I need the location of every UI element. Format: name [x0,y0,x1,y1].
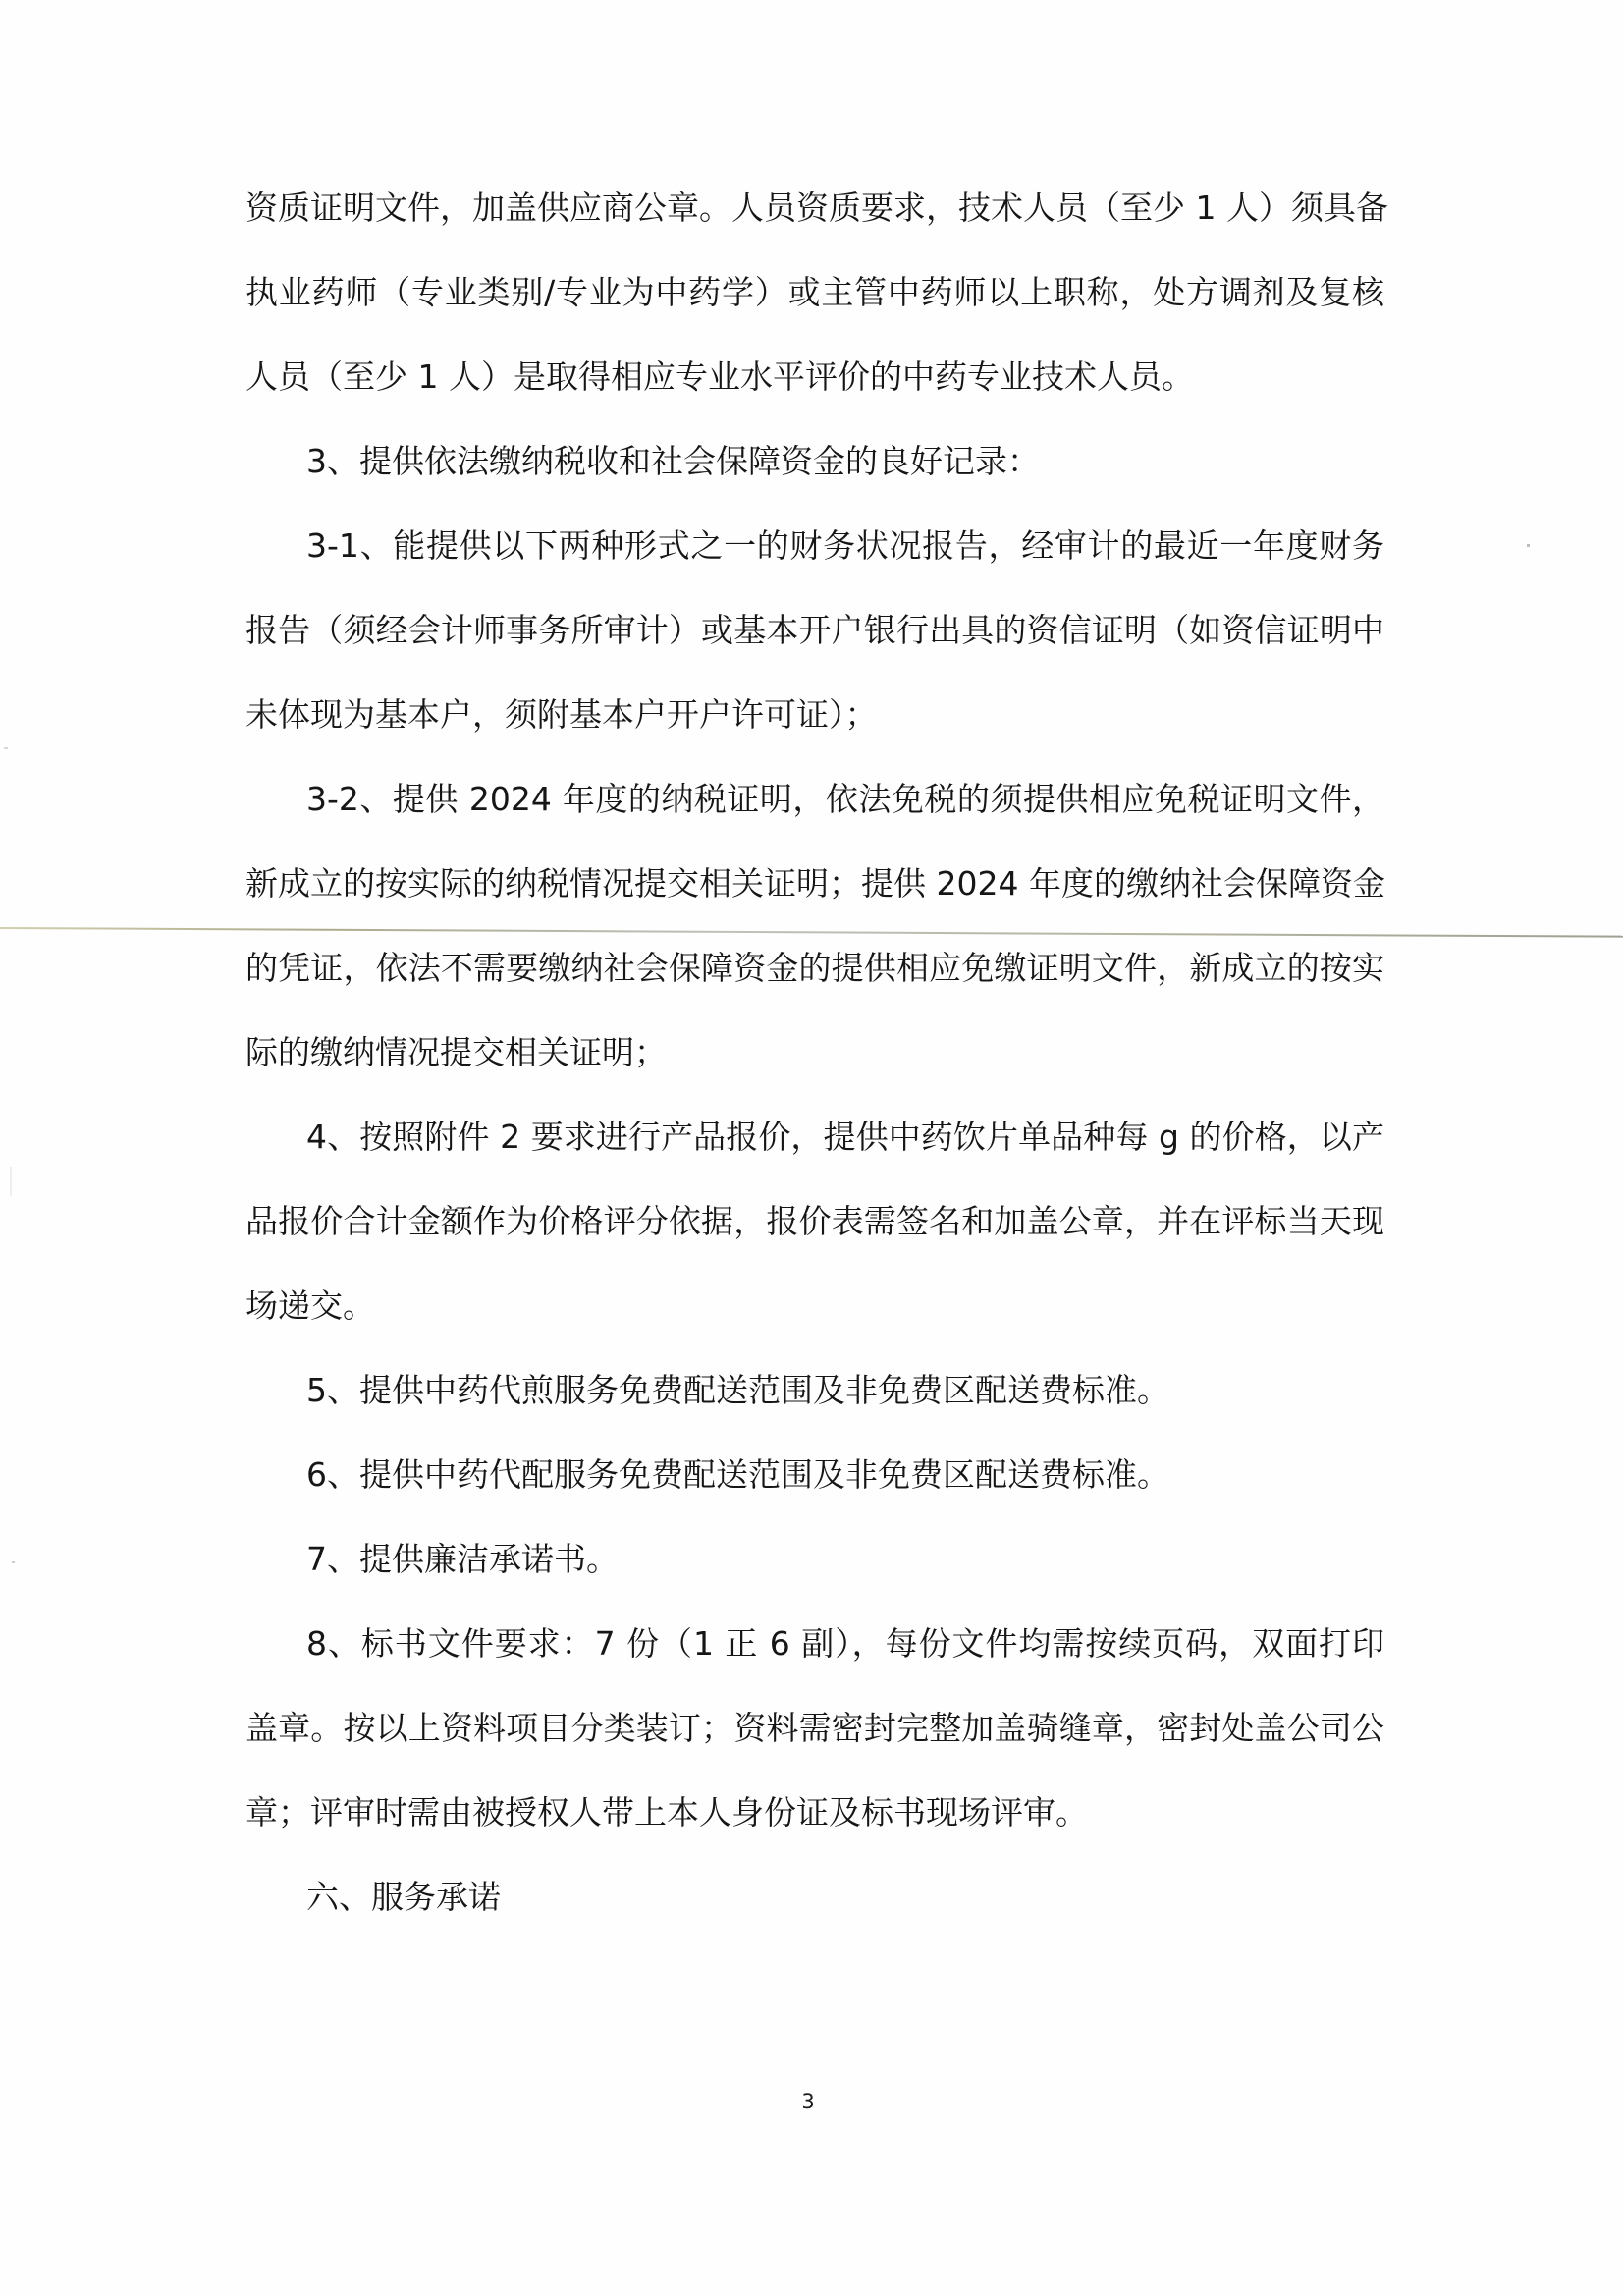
text-line: 执业药师（专业类别/专业为中药学）或主管中药师以上职称，处方调剂及复核 [245,271,1384,314]
scan-speck [1527,544,1530,547]
text-line: 章；评审时需由被授权人带上本人身份证及标书现场评审。 [245,1791,1384,1834]
text-line: 7、提供廉洁承诺书。 [306,1538,1384,1581]
text-line: 品报价合计金额作为价格评分依据，报价表需签名和加盖公章，并在评标当天现 [245,1200,1384,1243]
text-line: 3-2、提供 2024 年度的纳税证明，依法免税的须提供相应免税证明文件， [306,778,1384,821]
text-line: 8、标书文件要求：7 份（1 正 6 副），每份文件均需按续页码，双面打印 [306,1622,1384,1666]
text-line: 未体现为基本户，须附基本户开户许可证）； [245,693,1384,737]
text-line: 际的缴纳情况提交相关证明； [245,1031,1384,1074]
document-page: 资质证明文件，加盖供应商公章。人员资质要求，技术人员（至少 1 人）须具备 执业… [0,0,1623,2296]
text-line: 的凭证，依法不需要缴纳社会保障资金的提供相应免缴证明文件，新成立的按实 [245,947,1384,990]
text-line: 3、提供依法缴纳税收和社会保障资金的良好记录： [306,440,1384,483]
scan-speck [12,1561,15,1563]
text-line: 场递交。 [245,1285,1384,1328]
scan-speck [4,747,8,749]
scan-artifact-line [0,927,1623,938]
text-line: 盖章。按以上资料项目分类装订；资料需密封完整加盖骑缝章，密封处盖公司公 [245,1707,1384,1750]
section-heading-service-commitment: 六、服务承诺 [306,1876,1384,1919]
text-line: 5、提供中药代煎服务免费配送范围及非免费区配送费标准。 [306,1369,1384,1412]
text-line: 6、提供中药代配服务免费配送范围及非免费区配送费标准。 [306,1453,1384,1497]
text-line: 3-1、能提供以下两种形式之一的财务状况报告，经审计的最近一年度财务 [306,524,1384,568]
text-line: 报告（须经会计师事务所审计）或基本开户银行出具的资信证明（如资信证明中 [245,609,1384,652]
scan-speck [10,1167,12,1196]
text-line: 新成立的按实际的纳税情况提交相关证明；提供 2024 年度的缴纳社会保障资金 [245,862,1384,905]
text-line: 4、按照附件 2 要求进行产品报价，提供中药饮片单品种每 g 的价格，以产 [306,1116,1384,1159]
page-number: 3 [788,2088,828,2115]
text-line: 资质证明文件，加盖供应商公章。人员资质要求，技术人员（至少 1 人）须具备 [245,187,1384,230]
text-line: 人员（至少 1 人）是取得相应专业水平评价的中药专业技术人员。 [245,355,1384,399]
